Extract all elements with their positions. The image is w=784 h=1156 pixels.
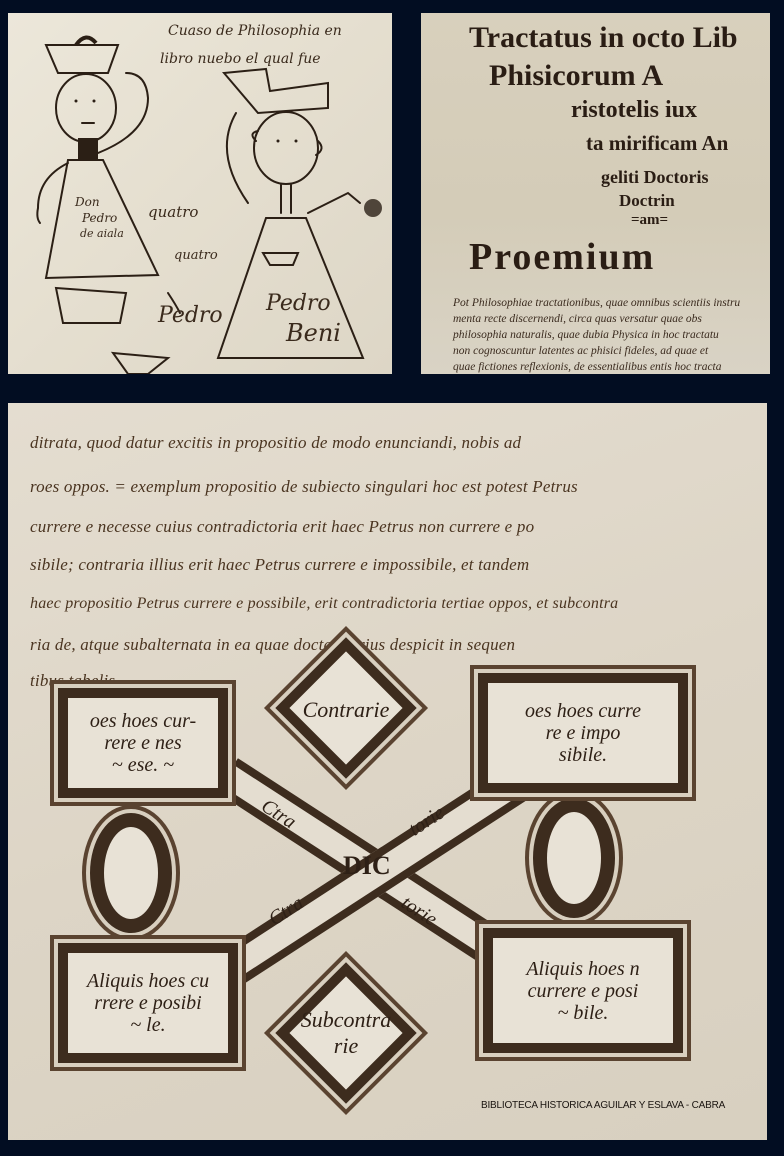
box-pa-line-3: ~ le. [130,1014,165,1036]
title-line-5: geliti Doctoris [601,167,708,188]
box-un-line-3: sibile. [559,744,607,766]
oval-left [90,813,172,933]
text-line-1: ditrata, quod datur excitis in propositi… [30,433,521,453]
square-of-opposition-diagram: oes hoes cur- rere e nes ~ ese. ~ oes ho… [28,638,728,1108]
box-un-line-1: oes hoes curre [525,700,641,722]
box-ua-line-1: oes hoes cur- [90,710,196,732]
box-ua-line-3: ~ ese. ~ [112,754,174,776]
section-heading-proemium: Proemium [469,235,655,279]
library-credit: BIBLIOTECA HISTORICA AGUILAR Y ESLAVA - … [481,1100,725,1111]
body-line-4: non cognoscuntur latentes ac phisici fid… [453,345,708,357]
text-line-4: sibile; contraria illius erit haec Petru… [30,555,529,575]
body-line-3: philosophia naturalis, quae dubia Physic… [453,329,719,341]
annotation-pedro: Pedro [158,303,223,328]
box-pn-line-1: Aliquis hoes n [526,958,639,980]
box-ua-line-2: rere e nes [104,732,181,754]
center-label-dic: DIC [343,851,391,881]
oval-right [533,798,615,918]
diamond-subcontrarie-label-2: rie [298,1034,394,1057]
box-pa-line-1: Aliquis hoes cu [87,970,209,992]
figure-right-label-1: Pedro [266,291,331,316]
title-line-1: Tractatus in octo Lib [469,21,738,55]
box-pa-line-2: rrere e posibi [94,992,201,1014]
box-pn-line-2: currere e posi [528,980,639,1002]
diamond-subcontrarie-label-1: Subcontra [298,1008,394,1031]
title-line-3: ristotelis iux [571,97,697,124]
annotation-quatro-1: quatro [148,203,198,221]
figure-left-label-2: Pedro [82,211,117,225]
box-particular-affirmative: Aliquis hoes cu rrere e posibi ~ le. [58,943,238,1063]
text-line-5: haec propositio Petrus currere e possibi… [30,595,618,613]
box-universal-affirmative: oes hoes cur- rere e nes ~ ese. ~ [58,688,228,798]
title-line-2: Phisicorum A [489,59,663,93]
manuscript-sketch-panel: Cuaso de Philosophia en libro nuebo el q… [8,13,392,374]
manuscript-title-panel: Tractatus in octo Lib Phisicorum A risto… [421,13,770,374]
annotation-quatro-2: quatro [174,248,218,263]
body-line-5: quae fictiones reflexionis, de essential… [453,361,722,373]
body-line-1: Pot Philosophiae tractationibus, quae om… [453,297,740,309]
diamond-contrarie-label: Contrarie [298,698,394,721]
box-universal-negative: oes hoes curre re e impo sibile. [478,673,688,793]
body-line-2: menta recte discernendi, circa quas vers… [453,313,702,325]
box-particular-negative: Aliquis hoes n currere e posi ~ bile. [483,928,683,1053]
title-line-4: ta mirificam An [586,131,728,156]
box-pn-line-3: ~ bile. [558,1002,609,1024]
title-line-7: =am= [631,212,668,229]
figure-right-label-2: Beni [286,319,341,347]
figure-left-label-3: de aiala [80,227,124,240]
text-line-2: roes oppos. = exemplum propositio de sub… [30,477,578,497]
box-un-line-2: re e impo [546,722,621,744]
figure-left-label-1: Don [75,195,100,209]
title-line-6: Doctrin [619,191,675,211]
text-line-3: currere e necesse cuius contradictoria e… [30,517,534,537]
manuscript-square-of-opposition-panel: ditrata, quod datur excitis in propositi… [8,403,767,1140]
